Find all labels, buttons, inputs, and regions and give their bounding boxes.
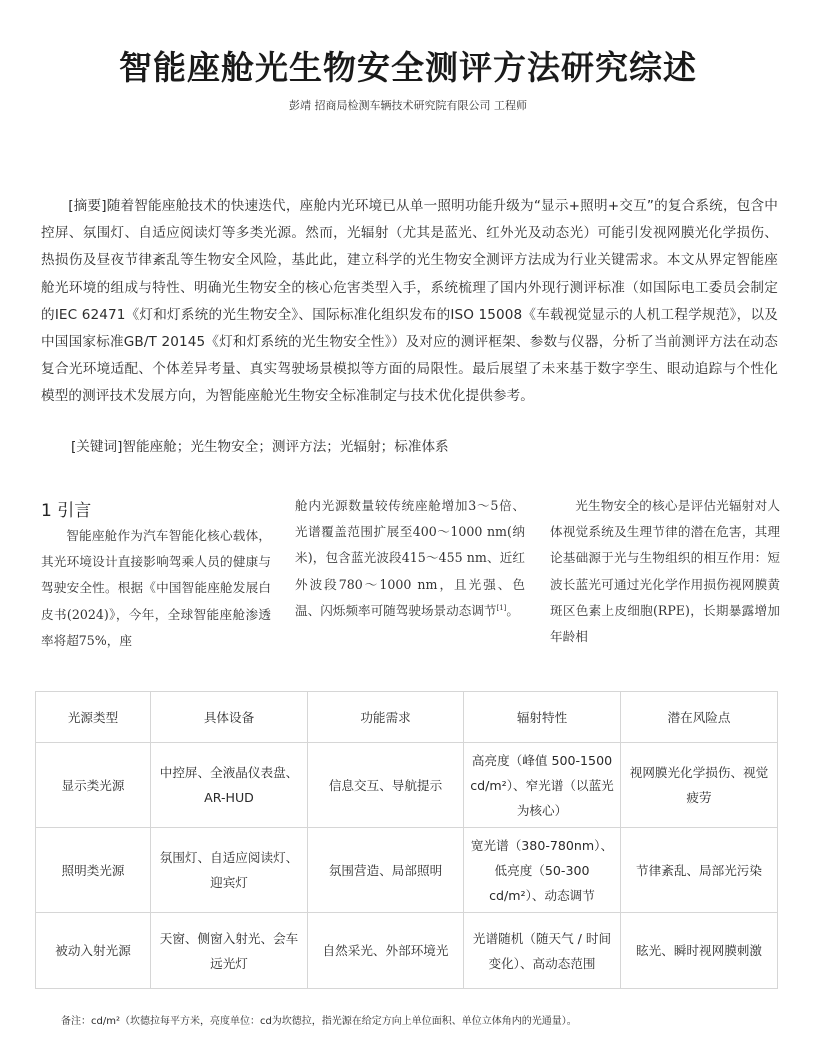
body-paragraph: 光生物安全的核心是评估光辐射对人体视觉系统及生理节律的潜在危害，其理论基础源于光… bbox=[550, 493, 780, 650]
table-row: 被动入射光源 天窗、侧窗入射光、会车远光灯 自然采光、外部环境光 光谱随机（随天… bbox=[36, 913, 778, 989]
table-cell: 中控屏、全液晶仪表盘、AR-HUD bbox=[151, 743, 308, 828]
table-row: 照明类光源 氛围灯、自适应阅读灯、迎宾灯 氛围营造、局部照明 宽光谱（380-7… bbox=[36, 828, 778, 913]
table-cell: 高亮度（峰值 500-1500 cd/m²）、窄光谱（以蓝光为核心） bbox=[464, 743, 621, 828]
table-cell: 被动入射光源 bbox=[36, 913, 151, 989]
abstract-label: [摘要] bbox=[68, 198, 106, 214]
body-columns: 1 引言 智能座舱作为汽车智能化核心载体，其光环境设计直接影响驾乘人员的健康与驾… bbox=[41, 497, 779, 667]
section-heading: 1 引言 bbox=[41, 497, 271, 523]
body-text: 舱内光源数量较传统座舱增加3～5倍、光谱覆盖范围扩展至400～1000 nm(纳… bbox=[295, 498, 525, 618]
body-column-2: 舱内光源数量较传统座舱增加3～5倍、光谱覆盖范围扩展至400～1000 nm(纳… bbox=[295, 493, 525, 624]
table-cell: 节律紊乱、局部光污染 bbox=[621, 828, 778, 913]
body-column-1: 1 引言 智能座舱作为汽车智能化核心载体，其光环境设计直接影响驾乘人员的健康与驾… bbox=[41, 497, 271, 654]
body-text-end: 。 bbox=[506, 603, 519, 618]
table-cell: 显示类光源 bbox=[36, 743, 151, 828]
table-note: 备注：cd/m²（坎德拉每平方米，亮度单位：cd为坎德拉，指光源在给定方向上单位… bbox=[61, 1012, 781, 1027]
paper-title: 智能座舱光生物安全测评方法研究综述 bbox=[0, 42, 816, 89]
table-cell: 眩光、瞬时视网膜刺激 bbox=[621, 913, 778, 989]
table-cell: 氛围营造、局部照明 bbox=[308, 828, 464, 913]
table-cell: 视网膜光化学损伤、视觉疲劳 bbox=[621, 743, 778, 828]
keywords: [关键词]智能座舱；光生物安全；测评方法；光辐射；标准体系 bbox=[71, 436, 771, 458]
table-cell: 宽光谱（380-780nm）、低亮度（50-300 cd/m²）、动态调节 bbox=[464, 828, 621, 913]
table-cell: 氛围灯、自适应阅读灯、迎宾灯 bbox=[151, 828, 308, 913]
body-paragraph-continued: 舱内光源数量较传统座舱增加3～5倍、光谱覆盖范围扩展至400～1000 nm(纳… bbox=[295, 493, 525, 624]
table-cell: 照明类光源 bbox=[36, 828, 151, 913]
table-row: 显示类光源 中控屏、全液晶仪表盘、AR-HUD 信息交互、导航提示 高亮度（峰值… bbox=[36, 743, 778, 828]
table-cell: 光谱随机（随天气 / 时间变化）、高动态范围 bbox=[464, 913, 621, 989]
citation-ref[interactable]: [1] bbox=[497, 604, 507, 612]
keywords-label: [关键词] bbox=[71, 439, 122, 455]
table-header-row: 光源类型 具体设备 功能需求 辐射特性 潜在风险点 bbox=[36, 692, 778, 743]
body-column-3: 光生物安全的核心是评估光辐射对人体视觉系统及生理节律的潜在危害，其理论基础源于光… bbox=[550, 493, 780, 650]
table-cell: 自然采光、外部环境光 bbox=[308, 913, 464, 989]
table-cell: 天窗、侧窗入射光、会车远光灯 bbox=[151, 913, 308, 989]
abstract: [摘要]随着智能座舱技术的快速迭代，座舱内光环境已从单一照明功能升级为“显示+照… bbox=[41, 193, 778, 411]
keywords-text: 智能座舱；光生物安全；测评方法；光辐射；标准体系 bbox=[122, 439, 448, 455]
table-header-cell: 光源类型 bbox=[36, 692, 151, 743]
author-line: 彭靖 招商局检测车辆技术研究院有限公司 工程师 bbox=[0, 97, 816, 113]
table-header-cell: 功能需求 bbox=[308, 692, 464, 743]
table-header-cell: 潜在风险点 bbox=[621, 692, 778, 743]
abstract-text: 随着智能座舱技术的快速迭代，座舱内光环境已从单一照明功能升级为“显示+照明+交互… bbox=[41, 198, 778, 404]
table-cell: 信息交互、导航提示 bbox=[308, 743, 464, 828]
body-paragraph: 智能座舱作为汽车智能化核心载体，其光环境设计直接影响驾乘人员的健康与驾驶安全性。… bbox=[41, 523, 271, 654]
table-header-cell: 具体设备 bbox=[151, 692, 308, 743]
light-source-table: 光源类型 具体设备 功能需求 辐射特性 潜在风险点 显示类光源 中控屏、全液晶仪… bbox=[35, 691, 778, 989]
table-header-cell: 辐射特性 bbox=[464, 692, 621, 743]
